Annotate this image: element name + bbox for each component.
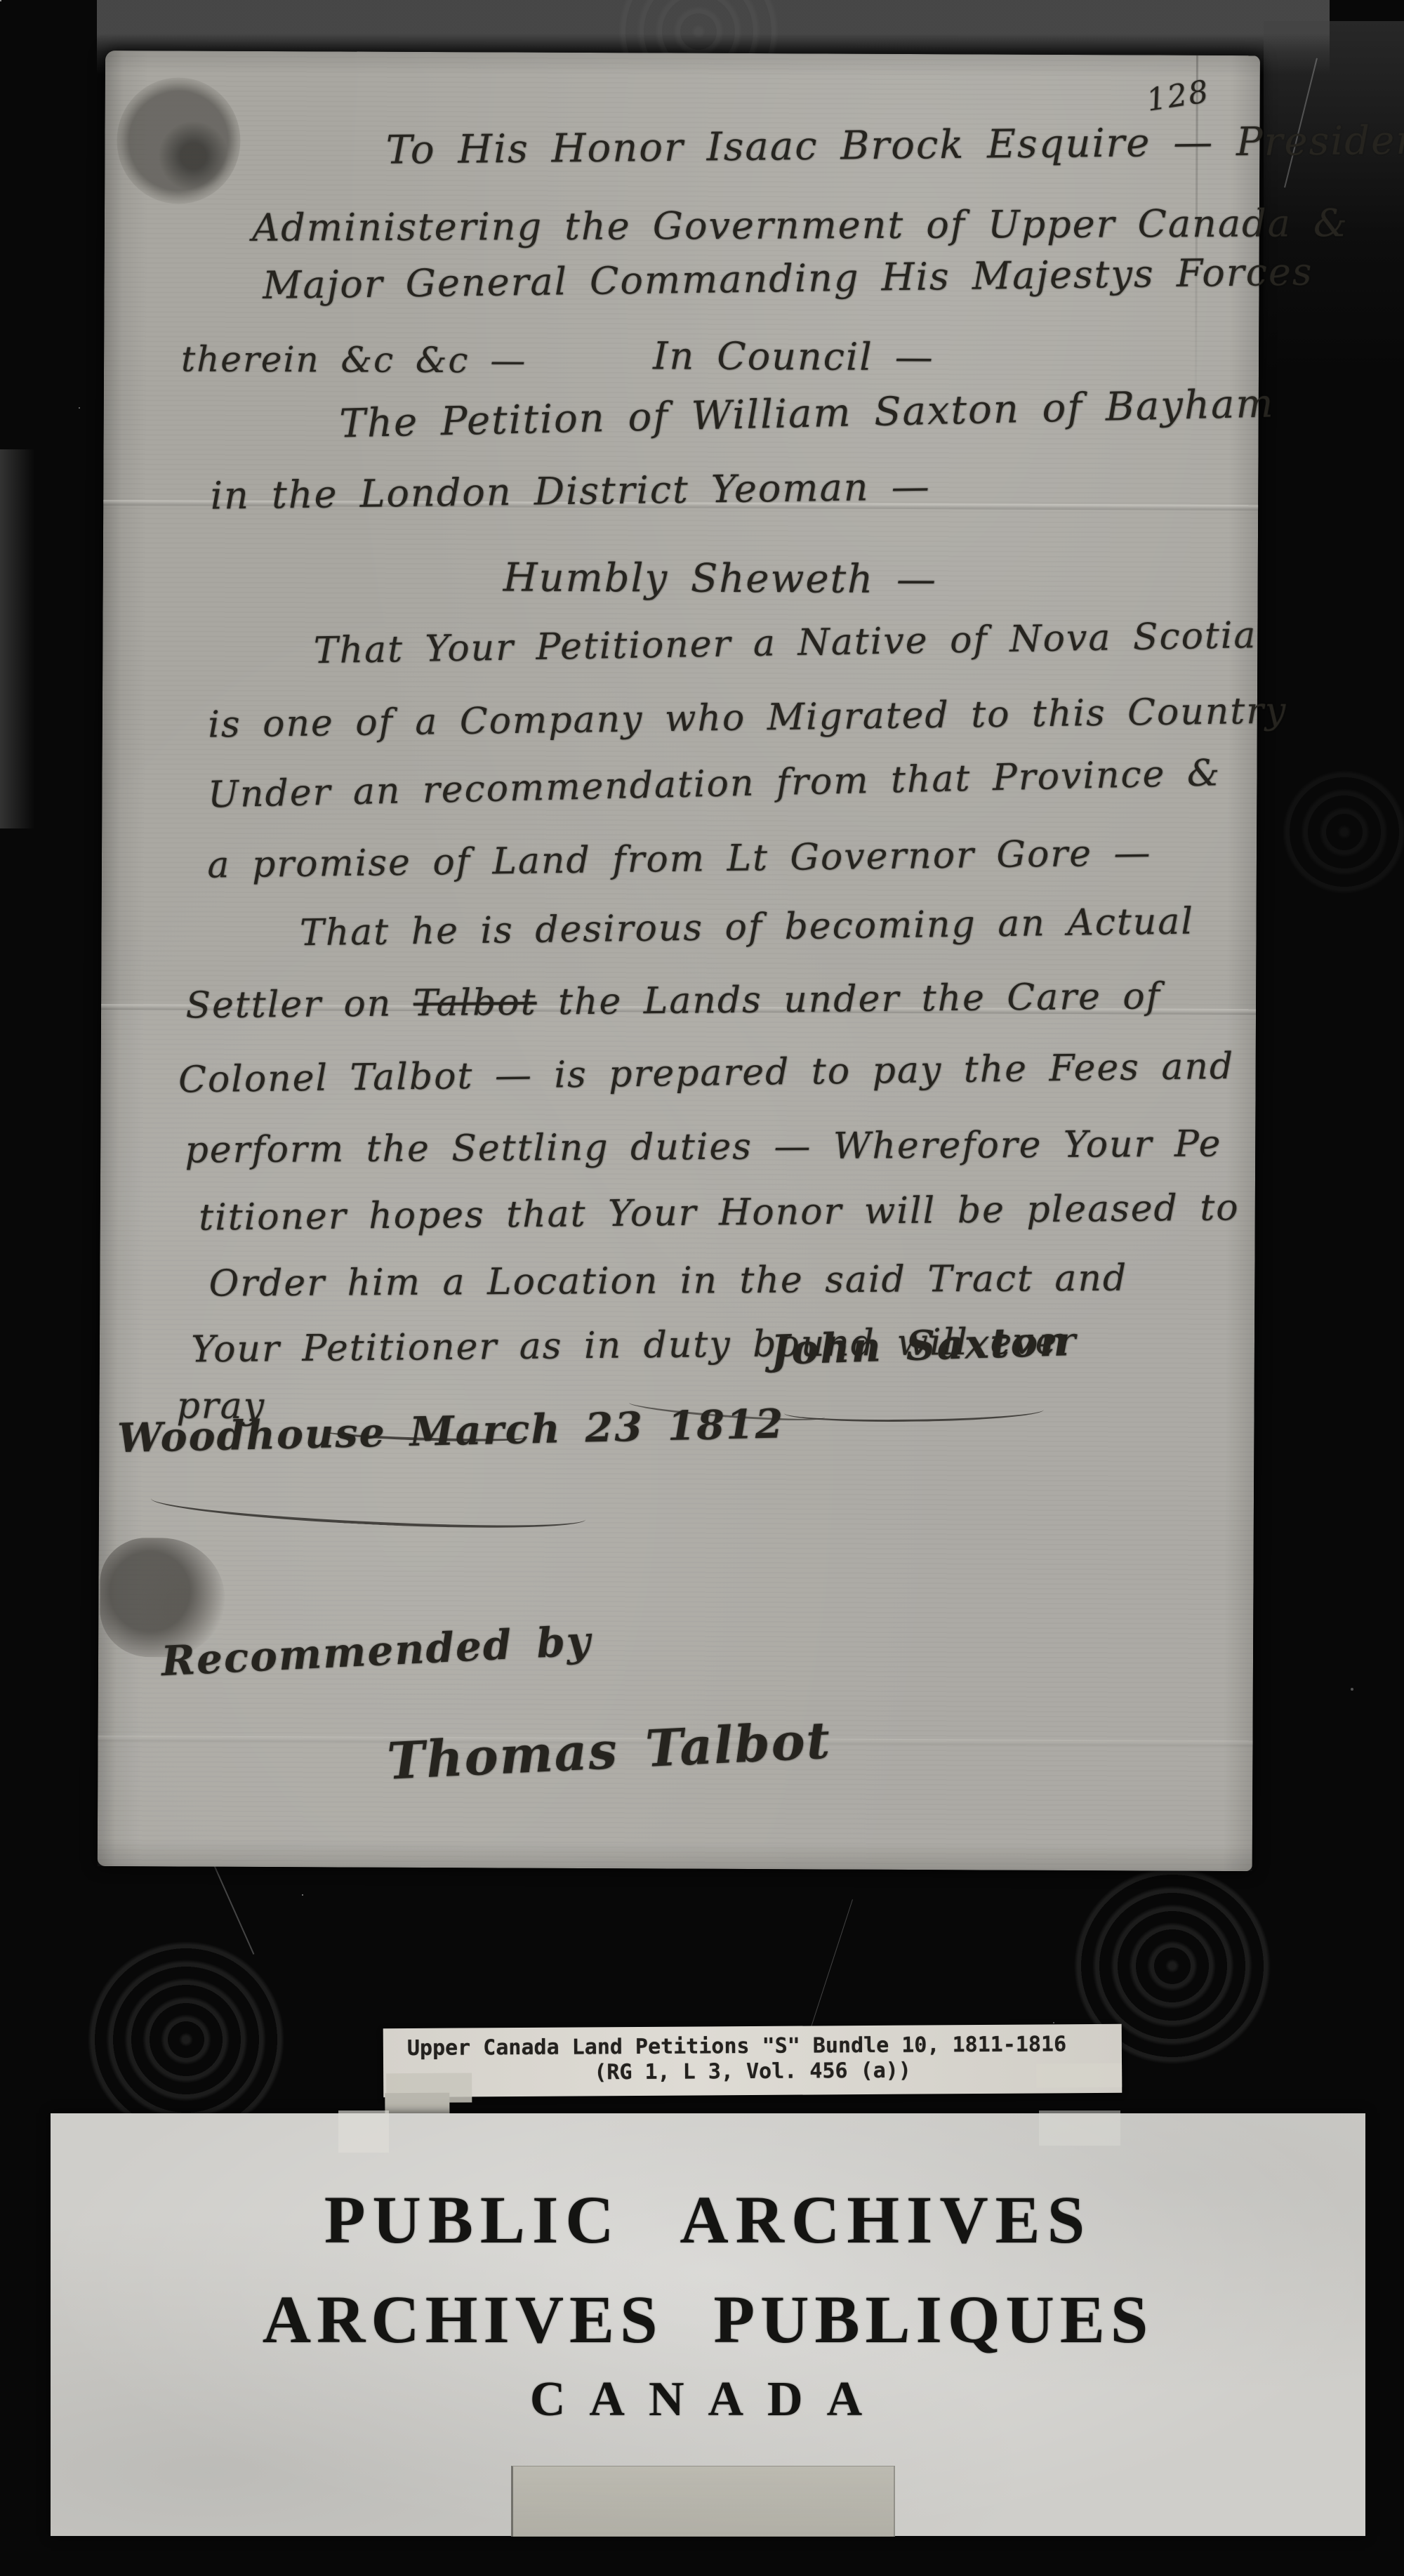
petition-line-address2: Administering the Government of Upper Ca… <box>252 201 1349 250</box>
petition-document: 128 To His Honor Isaac Brock Esquire — P… <box>98 51 1260 1871</box>
film-swirl-artifact <box>1278 765 1404 899</box>
label-title: Upper Canada Land Petitions "S" Bundle 1… <box>407 2033 1122 2061</box>
petition-line-humbly: Humbly Sheweth — <box>503 555 937 602</box>
film-left-streak <box>0 449 44 828</box>
public-archives-card: PUBLIC ARCHIVES ARCHIVES PUBLIQUES CANAD… <box>51 2113 1365 2536</box>
body6-prefix: Settler on <box>185 982 413 1026</box>
petition-line-in-council: In Council — <box>653 333 934 379</box>
card-tape-top-left <box>338 2111 389 2153</box>
body6-struck-word: Talbot <box>413 982 536 1025</box>
film-scratch <box>804 1899 853 2047</box>
petition-line-body10: Order him a Location in the said Tract a… <box>208 1257 1127 1305</box>
dust-specks <box>0 0 1 1</box>
petition-line-body8: perform the Settling duties — Wherefore … <box>185 1123 1221 1171</box>
petitioner-signature: John Saxton <box>770 1317 1071 1374</box>
microfilm-frame: 128 To His Honor Isaac Brock Esquire — P… <box>0 0 1404 2576</box>
body6-suffix: the Lands under the Care of <box>536 975 1161 1024</box>
petition-line-petition-of2: in the London District Yeoman — <box>210 464 931 517</box>
ink-stain-top-left <box>117 77 241 204</box>
card-title-english: PUBLIC ARCHIVES <box>51 2181 1365 2259</box>
card-title-french: ARCHIVES PUBLIQUES <box>51 2280 1365 2358</box>
label-reference: (RG 1, L 3, Vol. 456 (a)) <box>383 2058 1122 2086</box>
archive-reference-label: Upper Canada Land Petitions "S" Bundle 1… <box>383 2024 1122 2097</box>
card-country: CANADA <box>51 2372 1365 2428</box>
petition-line-address1: To His Honor Isaac Brock Esquire — Presi… <box>386 117 1404 173</box>
card-tape-bottom <box>511 2466 895 2537</box>
petition-line-address4: therein &c &c — <box>181 338 527 381</box>
card-tape-top-right <box>1039 2111 1120 2146</box>
